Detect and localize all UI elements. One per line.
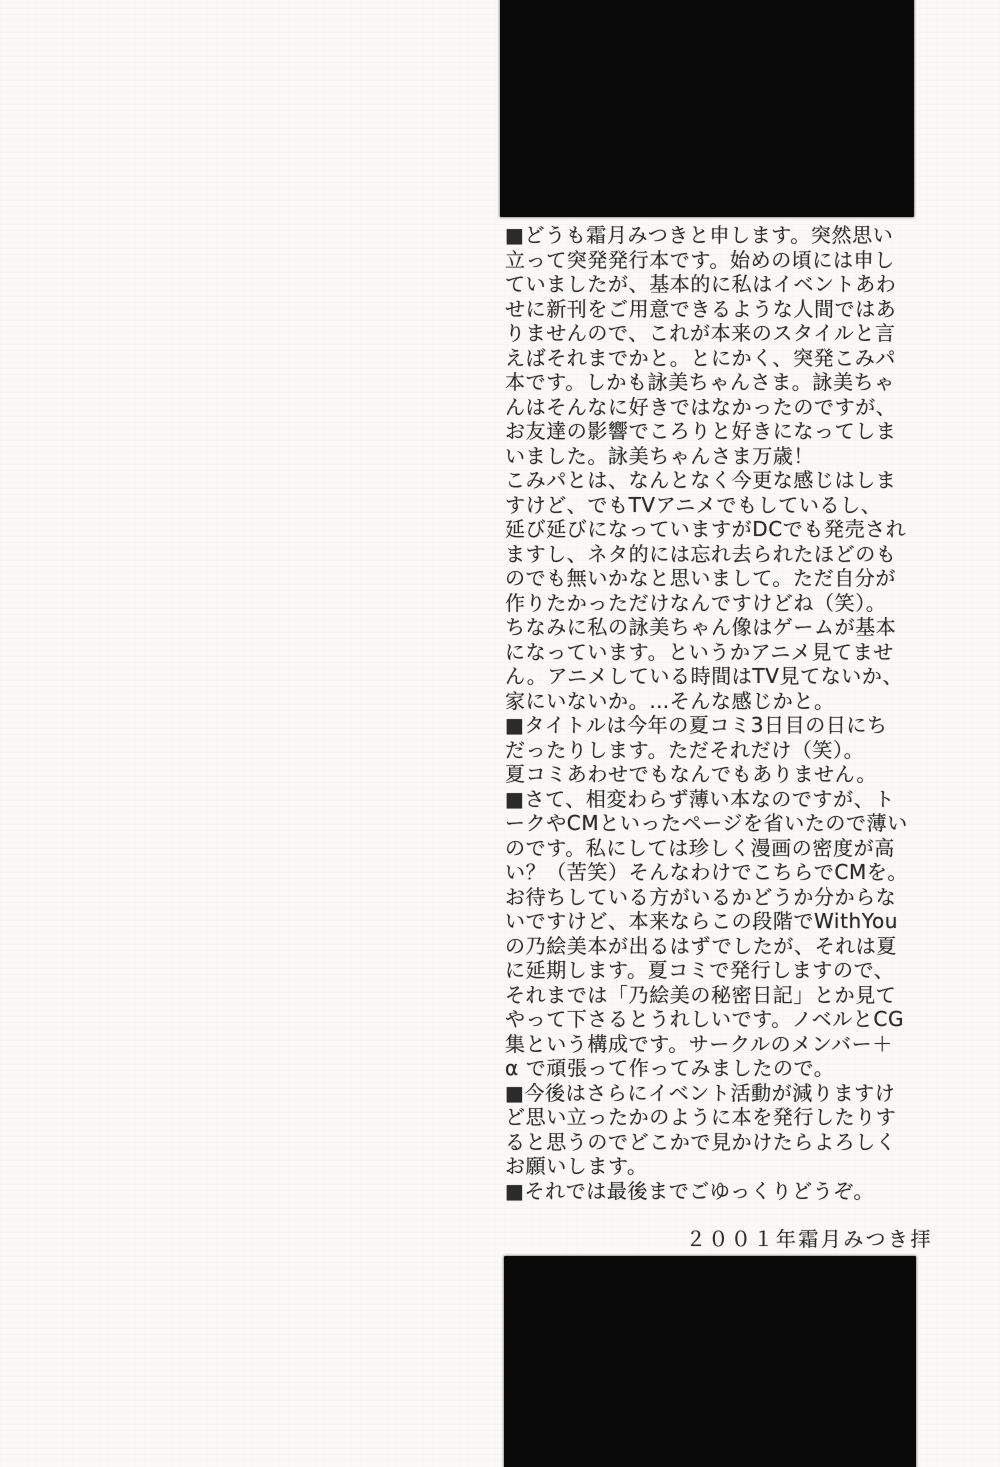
afterword-text-line: すけど、でもTVアニメでもしているし、 [505,493,933,518]
afterword-text-line: 集という構成です。サークルのメンバー＋ [505,1032,933,1057]
signature-line: ２００１年霜月みつき拝 [505,1226,933,1252]
afterword-text-line: ■それでは最後までごゆっくりどうぞ。 [505,1179,933,1204]
afterword-text-line: になっています。というかアニメ見てませ [505,640,933,665]
afterword-text-line: ど思い立ったかのように本を発行したりす [505,1105,933,1130]
afterword-text-line: 作りたかっただけなんですけどね（笑）。 [505,591,933,616]
afterword-text-line: いました。詠美ちゃんさま万歳！ [505,444,933,469]
afterword-text-line: のです。私にしては珍しく漫画の密度が高 [505,836,933,861]
scanned-page: ■どうも霜月みつきと申します。突然思い立って突発発行本です。始めの頃には申してい… [0,0,1000,1467]
afterword-text-line: ークやCMといったページを省いたので薄い [505,811,933,836]
afterword-text-line: それまでは「乃絵美の秘密日記」とか見て [505,983,933,1008]
afterword-text-line: 本です。しかも詠美ちゃんさま。詠美ちゃ [505,370,933,395]
afterword-text-line: お友達の影響でころりと好きになってしま [505,419,933,444]
afterword-text-line: 延び延びになっていますがDCでも発売され [505,517,933,542]
afterword-text-line: せに新刊をご用意できるような人間ではあ [505,297,933,322]
afterword-text-line: お待ちしている方がいるかどうか分からな [505,885,933,910]
top-black-panel [500,0,914,217]
afterword-text-line: やって下さるとうれしいです。ノベルとCG [505,1007,933,1032]
afterword-text-line: 夏コミあわせでもなんでもありません。 [505,762,933,787]
afterword-text-line: い？（苦笑）そんなわけでこちらでCMを。 [505,860,933,885]
afterword-text-line: いですけど、本来ならこの段階でWithYou [505,909,933,934]
afterword-text-line: こみパとは、なんとなく今更な感じはしま [505,468,933,493]
afterword-text-line: んはそんなに好きではなかったのですが、 [505,395,933,420]
afterword-text-line: ■今後はさらにイベント活動が減りますけ [505,1081,933,1106]
bottom-black-panel [504,1256,916,1467]
afterword-text: ■どうも霜月みつきと申します。突然思い立って突発発行本です。始めの頃には申してい… [505,223,933,1203]
afterword-text-line: ると思うのでどこかで見かけたらよろしく [505,1130,933,1155]
afterword-text-line: に延期します。夏コミで発行しますので、 [505,958,933,983]
afterword-text-line: ていましたが、基本的に私はイベントあわ [505,272,933,297]
afterword-text-line: ん。アニメしている時間はTV見てないか、 [505,664,933,689]
afterword-text-line: 立って突発発行本です。始めの頃には申し [505,248,933,273]
afterword-text-line: ■タイトルは今年の夏コミ3日目の日にち [505,713,933,738]
afterword-text-line: α で頑張って作ってみましたので。 [505,1056,933,1081]
afterword-text-line: の乃絵美本が出るはずでしたが、それは夏 [505,934,933,959]
afterword-text-line: ますし、ネタ的には忘れ去られたほどのも [505,542,933,567]
afterword-text-line: お願いします。 [505,1154,933,1179]
afterword-text-line: えばそれまでかと。とにかく、突発こみパ [505,346,933,371]
afterword-text-line: ちなみに私の詠美ちゃん像はゲームが基本 [505,615,933,640]
afterword-text-line: だったりします。ただそれだけ（笑）。 [505,738,933,763]
afterword-text-line: ■さて、相変わらず薄い本なのですが、ト [505,787,933,812]
afterword-text-line: ■どうも霜月みつきと申します。突然思い [505,223,933,248]
afterword-text-line: のでも無いかなと思いまして。ただ自分が [505,566,933,591]
afterword-text-line: 家にいないか。…そんな感じかと。 [505,689,933,714]
afterword-text-line: りませんので、これが本来のスタイルと言 [505,321,933,346]
